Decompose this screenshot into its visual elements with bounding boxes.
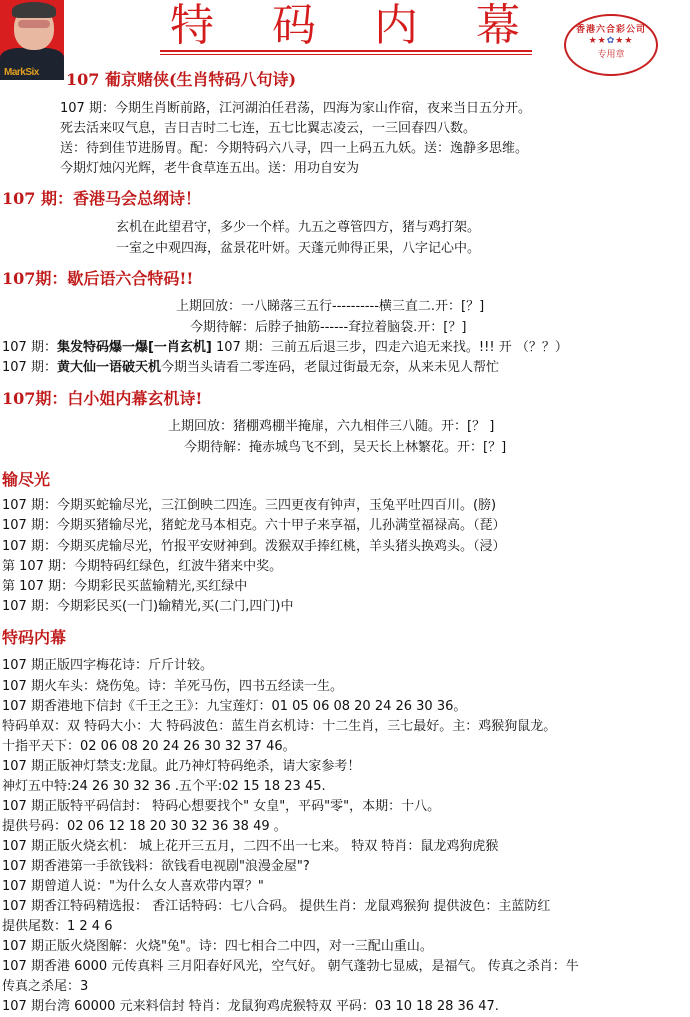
title-underline [160, 50, 532, 52]
section-title-baixiaojie: 107期：白小姐内幕玄机诗! [2, 389, 202, 409]
info-line: 传真之杀尾：3 [2, 978, 88, 996]
star-icon: ★★ [615, 36, 633, 46]
loss-line: 107 期：今期买虎输尽光，竹报平安财神到。泼猴双手捧红桃，羊头猪头换鸡头。（浸… [2, 538, 505, 556]
info-line: 107 期正版四字梅花诗：斤斤计较。 [2, 657, 213, 675]
line-prefix: 107 期： [2, 340, 57, 355]
photo-glasses [18, 20, 50, 28]
title-char-4: 幕 [476, 2, 520, 50]
info-line: 107 期台湾 60000 元来料信封 特肖：龙鼠狗鸡虎猴特双 平码：03 10… [2, 998, 499, 1016]
section-title-hkjc-poem: 107 期：香港马会总纲诗！ [2, 189, 201, 209]
info-line: 107 期火车头：烧伤兔。诗：羊死马伤，四书五经读一生。 [2, 678, 343, 696]
section-title-xiehouyu: 107期：歇后语六合特码!! [2, 269, 193, 289]
pending-line: 今期待解：后脖子抽筋------耷拉着脑袋.开：[？] [190, 319, 466, 337]
section-title-pujing: 107 葡京赌侠(生肖特码八句诗) [66, 70, 296, 90]
line-rest: 今期当头请看二零连码，老鼠过街最无奈，从来未见人帮忙 [161, 360, 499, 375]
replay-line: 上期回放：猪棚鸡棚半掩扉，六九相伴三八随。开：[？ ] [168, 418, 494, 436]
line-prefix: 107 期： [2, 360, 57, 375]
loss-line: 107 期：今期彩民买(一门)输精光,买(二门,四门)中 [2, 598, 294, 616]
stamp-stars: ★★✿★★ [566, 35, 656, 47]
info-line: 107 期正版特平码信封： 特码心想要找个" 女皇"，平码"零"，本期：十八。 [2, 798, 440, 816]
loss-line: 第 107 期：今期彩民买蓝输精光,买红绿中 [2, 578, 247, 596]
title-underline-thin [160, 54, 532, 55]
info-line: 十指平天下：02 06 08 20 24 26 30 32 37 46。 [2, 738, 296, 756]
info-line: 107 期香港 6000 元传真料 三月阳春好风光，空气好。 朝气蓬勃七显威，是… [2, 958, 579, 976]
info-line: 107 期香港地下信封《千王之王》：九宝莲灯：01 05 06 08 20 24… [2, 698, 466, 716]
official-seal-stamp: 香港六合彩公司 ★★✿★★ 专用章 [564, 14, 658, 76]
poem-line: 死去活来叹气息，吉日吉时二七连，五七比翼志凌云，一三回春四八数。 [60, 120, 476, 138]
line-bold: 黄大仙一语破天机 [57, 360, 161, 375]
loss-line: 第 107 期：今期特码红绿色，红波牛猪来中奖。 [2, 558, 282, 576]
info-line: 提供号码：02 06 12 18 20 30 32 36 38 49 。 [2, 818, 287, 836]
info-line: 提供尾数：1 2 4 6 [2, 918, 112, 936]
replay-line: 上期回放：一八睇落三五行----------横三直二.开：[？] [176, 298, 484, 316]
photo-hair [12, 2, 56, 18]
poem-line: 一室之中观四海，盆景花叶妍。天蓬元帅得正果，八字记心中。 [116, 240, 480, 258]
stamp-footer: 专用章 [566, 47, 656, 60]
info-line: 107 期曾道人说："为什么女人喜欢带内罩？" [2, 878, 264, 896]
poem-line: 送：待到佳节进肠胃。配：今期特码六八寻，四一上码五九妖。送：逸静多思维。 [60, 140, 528, 158]
info-line: 神灯五中特:24 26 30 32 36 .五个平:02 15 18 23 45… [2, 778, 326, 796]
loss-line: 107 期：今期买蛇输尽光，三江倒映二四连。三四更夜有钟声，玉兔平吐四百川。(膀… [2, 497, 496, 515]
star-icon: ★★ [589, 36, 607, 46]
info-line: 107 期香江特码精选报： 香江话特码：七八合码。 提供生肖：龙鼠鸡猴狗 提供波… [2, 898, 550, 916]
info-line: 107 期香港第一手欲钱料：欲钱看电视剧"浪漫金屋"? [2, 858, 310, 876]
loss-line: 107 期：今期买猪输尽光，猪蛇龙马本相克。六十甲子来享福，儿孙满堂福禄高。（琵… [2, 517, 505, 535]
line-bold: 集发特码爆一爆[一肖玄机] [57, 340, 212, 355]
pending-line: 今期待解：掩赤城鸟飞不到，吴天长上林繁花。开：[？] [184, 439, 506, 457]
title-char-1: 特 [170, 2, 214, 50]
title-char-2: 码 [272, 2, 316, 50]
flower-icon: ✿ [607, 36, 616, 46]
stamp-arc-text: 香港六合彩公司 [566, 22, 656, 35]
poem-line: 今期灯烛闪光辉，老牛食草连五出。送：用功自安为 [60, 160, 359, 178]
info-line: 107 期正版神灯禁支:龙鼠。此乃神灯特码绝杀，请大家参考！ [2, 758, 360, 776]
host-photo: MarkSix [0, 0, 64, 80]
poem-line: 107 期：今期生肖断前路，江河湖泊任君荡，四海为家山作宿，夜来当日五分开。 [60, 100, 531, 118]
info-line: 特码单双：双 特码大小：大 特码波色：蓝生肖玄机诗：十二生肖，三七最好。主：鸡猴… [2, 718, 556, 736]
title-char-3: 内 [374, 2, 418, 50]
line-rest: 107 期：三前五后退三步，四走六追无来找。!!! 开 （？？） [212, 340, 568, 355]
info-line: 107 期正版火烧玄机： 城上花开三五月，二四不出一七来。 特双 特肖：鼠龙鸡狗… [2, 838, 498, 856]
info-line: 107 期正版火烧图解：火烧"兔"。诗：四七相合二中四，对一三配山重山。 [2, 938, 433, 956]
poem-line: 玄机在此望君守，多少一个样。九五之尊管四方，猪与鸡打架。 [116, 219, 480, 237]
jifa-line: 107 期：集发特码爆一爆[一肖玄机] 107 期：三前五后退三步，四走六追无来… [2, 339, 568, 357]
page-title: 特 码 内 幕 [160, 2, 530, 50]
huangdaxian-line: 107 期：黄大仙一语破天机今期当头请看二零连码，老鼠过街最无奈，从来未见人帮忙 [2, 359, 499, 377]
photo-brand-label: MarkSix [4, 67, 39, 78]
section-title-temaneimu: 特码内幕 [2, 628, 66, 648]
section-title-shujinguang: 输尽光 [2, 470, 50, 490]
